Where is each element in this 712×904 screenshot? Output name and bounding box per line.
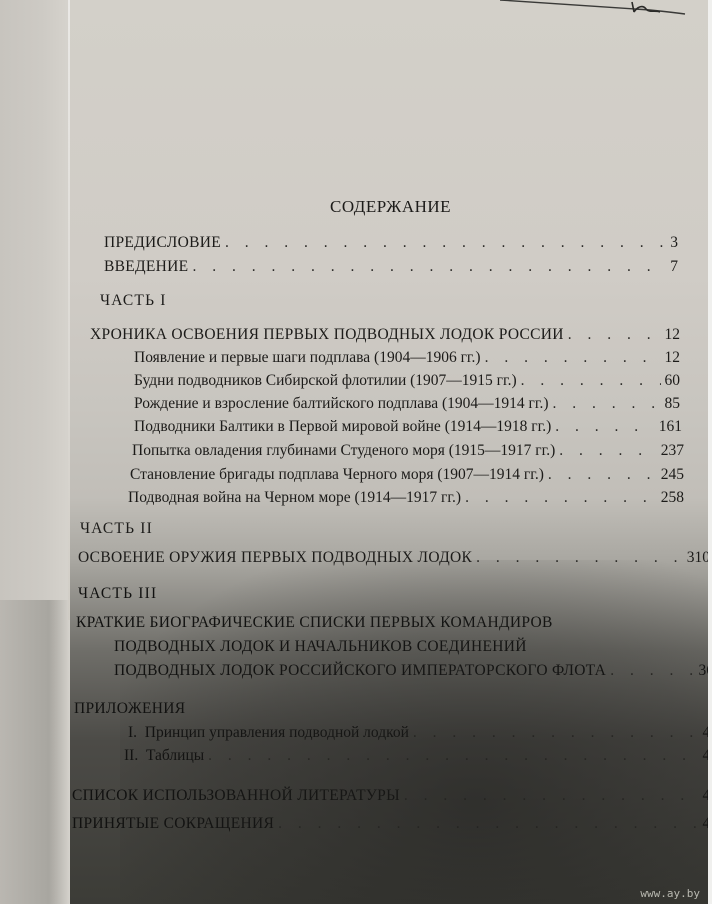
entry-page: 12	[665, 349, 681, 367]
part-3-title-line-1: КРАТКИЕ БИОГРАФИЧЕСКИЕ СПИСКИ ПЕРВЫХ КОМ…	[76, 614, 553, 632]
toc-chapter-3[interactable]: Рождение и взросление балтийского подпла…	[134, 395, 680, 413]
toc-entry-part-1-title[interactable]: ХРОНИКА ОСВОЕНИЯ ПЕРВЫХ ПОДВОДНЫХ ЛОДОК …	[90, 326, 680, 344]
toc-chapter-6[interactable]: Становление бригады подплава Черного мор…	[130, 466, 684, 484]
toc-entry-part-2-title[interactable]: ОСВОЕНИЕ ОРУЖИЯ ПЕРВЫХ ПОДВОДНЫХ ЛОДОК .…	[78, 549, 710, 567]
toc-chapter-7[interactable]: Подводная война на Черном море (1914—191…	[128, 489, 684, 507]
toc-appendix-1[interactable]: I. Принцип управления подводной лодкой .…	[128, 724, 712, 742]
part-2-heading: ЧАСТЬ II	[80, 520, 153, 538]
leader-dots: . . . . . . . . . . . . . . . . . . . . …	[559, 442, 657, 460]
entry-page: 60	[665, 372, 681, 390]
entry-label: ПРИНЯТЫЕ СОКРАЩЕНИЯ	[72, 815, 274, 833]
leader-dots: . . . . . . . . . . . . . . . . . . . . …	[404, 787, 699, 805]
toc-appendix-2[interactable]: II. Таблицы . . . . . . . . . . . . . . …	[124, 747, 712, 765]
entry-label: Будни подводников Сибирской флотилии (19…	[134, 372, 517, 390]
image-border	[708, 0, 712, 904]
leader-dots: . . . . . . . . . . . . . . . . . . . . …	[568, 326, 661, 344]
leader-dots: . . . . . . . . . . . . . . . . . . . . …	[225, 234, 666, 252]
leader-dots: . . . . . . . . . . . . . . . . . . . . …	[413, 724, 699, 742]
entry-label: ВВЕДЕНИЕ	[104, 258, 188, 276]
leader-dots: . . . . . . . . . . . . . . . . . . . . …	[555, 418, 655, 436]
appendices-heading: ПРИЛОЖЕНИЯ	[74, 700, 185, 718]
entry-page: 258	[661, 489, 684, 507]
entry-page: 237	[661, 442, 684, 460]
leader-dots: . . . . . . . . . . . . . . . . . . . . …	[548, 466, 657, 484]
entry-label: ХРОНИКА ОСВОЕНИЯ ПЕРВЫХ ПОДВОДНЫХ ЛОДОК …	[90, 326, 564, 344]
toc-entry-abbreviations[interactable]: ПРИНЯТЫЕ СОКРАЩЕНИЯ . . . . . . . . . . …	[72, 815, 712, 833]
leader-dots: . . . . . . . . . . . . . . . . . . . . …	[192, 258, 666, 276]
book-page: СОДЕРЖАНИЕ ПРЕДИСЛОВИЕ . . . . . . . . .…	[0, 0, 712, 904]
entry-page: 3	[670, 234, 678, 252]
toc-chapter-4[interactable]: Подводники Балтики в Первой мировой войн…	[134, 418, 682, 436]
toc-chapter-2[interactable]: Будни подводников Сибирской флотилии (19…	[134, 372, 680, 390]
entry-label: Рождение и взросление балтийского подпла…	[134, 395, 549, 413]
leader-dots: . . . . . . . . . . . . . . . . . . . . …	[610, 662, 694, 680]
entry-page: 245	[661, 466, 684, 484]
toc-entry-preface[interactable]: ПРЕДИСЛОВИЕ . . . . . . . . . . . . . . …	[104, 234, 678, 252]
leader-dots: . . . . . . . . . . . . . . . . . . . . …	[278, 815, 698, 833]
leader-dots: . . . . . . . . . . . . . . . . . . . . …	[485, 349, 661, 367]
leader-dots: . . . . . . . . . . . . . . . . . . . . …	[476, 549, 683, 567]
entry-label: ПРЕДИСЛОВИЕ	[104, 234, 221, 252]
entry-label: Появление и первые шаги подплава (1904—1…	[134, 349, 481, 367]
entry-label: Попытка овладения глубинами Студеного мо…	[132, 442, 555, 460]
entry-page: 161	[659, 418, 682, 436]
toc-title: СОДЕРЖАНИЕ	[330, 197, 451, 217]
entry-label: СПИСОК ИСПОЛЬЗОВАННОЙ ЛИТЕРАТУРЫ	[72, 787, 400, 805]
entry-label: ПОДВОДНЫХ ЛОДОК РОССИЙСКОГО ИМПЕРАТОРСКО…	[114, 662, 606, 680]
entry-label: Подводная война на Черном море (1914—191…	[128, 489, 461, 507]
entry-page: 12	[665, 326, 681, 344]
toc-chapter-1[interactable]: Появление и первые шаги подплава (1904—1…	[134, 349, 680, 367]
entry-label: Становление бригады подплава Черного мор…	[130, 466, 544, 484]
entry-label: II. Таблицы	[124, 747, 204, 765]
entry-label: I. Принцип управления подводной лодкой	[128, 724, 409, 742]
toc-chapter-5[interactable]: Попытка овладения глубинами Студеного мо…	[132, 442, 684, 460]
leader-dots: . . . . . . . . . . . . . . . . . . . . …	[208, 747, 698, 765]
part-1-heading: ЧАСТЬ I	[100, 292, 167, 310]
entry-label: Подводники Балтики в Первой мировой войн…	[134, 418, 551, 436]
toc-entry-introduction[interactable]: ВВЕДЕНИЕ . . . . . . . . . . . . . . . .…	[104, 258, 678, 276]
part-3-title-line-2: ПОДВОДНЫХ ЛОДОК И НАЧАЛЬНИКОВ СОЕДИНЕНИЙ	[114, 638, 527, 656]
entry-page: 7	[670, 258, 678, 276]
leader-dots: . . . . . . . . . . . . . . . . . . . . …	[465, 489, 657, 507]
leader-dots: . . . . . . . . . . . . . . . . . . . . …	[521, 372, 661, 390]
entry-page: 310	[687, 549, 710, 567]
part-3-heading: ЧАСТЬ III	[78, 585, 157, 603]
toc-entry-bibliography[interactable]: СПИСОК ИСПОЛЬЗОВАННОЙ ЛИТЕРАТУРЫ . . . .…	[72, 787, 712, 805]
entry-page: 85	[665, 395, 681, 413]
leader-dots: . . . . . . . . . . . . . . . . . . . . …	[553, 395, 661, 413]
table-of-contents: СОДЕРЖАНИЕ ПРЕДИСЛОВИЕ . . . . . . . . .…	[0, 0, 712, 904]
toc-entry-part-3-title[interactable]: ПОДВОДНЫХ ЛОДОК РОССИЙСКОГО ИМПЕРАТОРСКО…	[114, 662, 712, 680]
entry-label: ОСВОЕНИЕ ОРУЖИЯ ПЕРВЫХ ПОДВОДНЫХ ЛОДОК	[78, 549, 472, 567]
watermark: www.ay.by	[640, 887, 700, 900]
